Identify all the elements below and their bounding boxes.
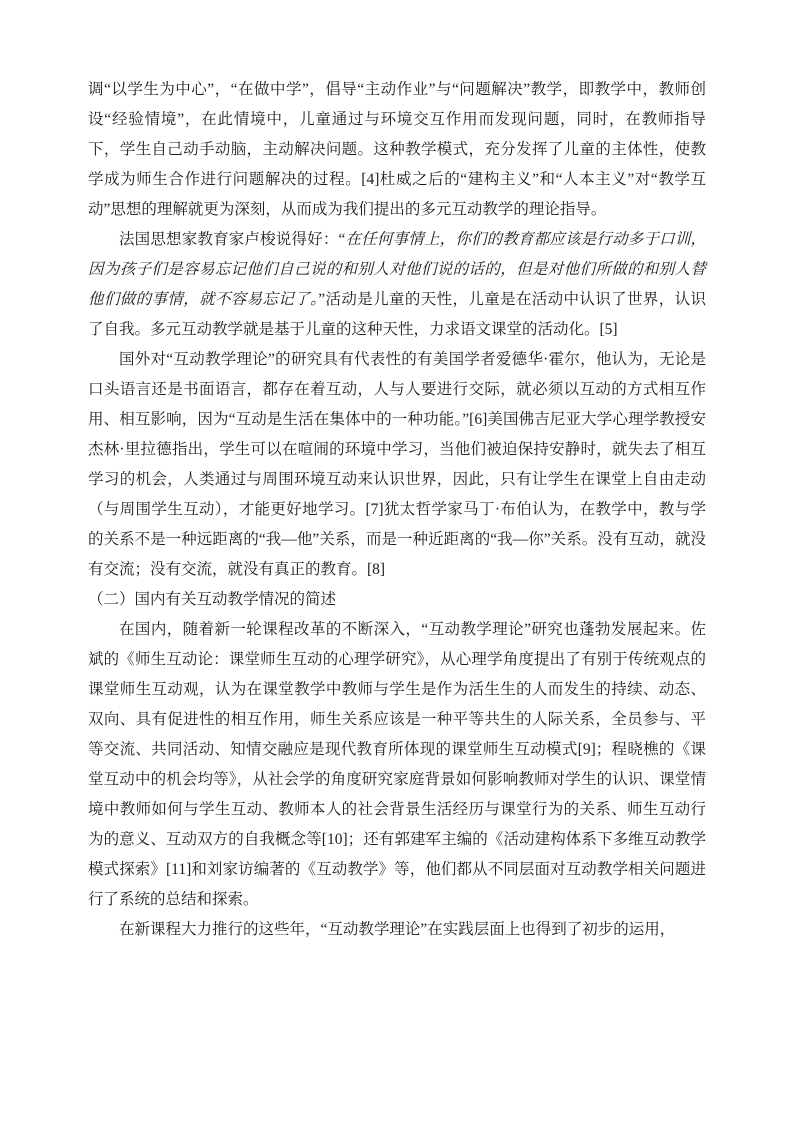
paragraph-domestic-research: 在国内，随着新一轮课程改革的不断深入，“互动教学理论”研究也蓬勃发展起来。佐斌的… (88, 615, 706, 915)
document-page: 调“以学生为中心”，“在做中学”，倡导“主动作业”与“问题解决”教学，即教学中，… (0, 0, 793, 1122)
section-heading-domestic-overview: （二）国内有关互动教学情况的简述 (88, 585, 706, 615)
paragraph-foreign-research: 国外对“互动教学理论”的研究具有代表性的有美国学者爱德华·霍尔，他认为，无论是口… (88, 345, 706, 585)
rousseau-intro-text: 法国思想家教育家卢梭说得好：“ (119, 231, 345, 248)
paragraph-practice-application: 在新课程大力推行的这些年，“互动教学理论”在实践层面上也得到了初步的运用， (88, 915, 706, 945)
paragraph-dewey-continuation: 调“以学生为中心”，“在做中学”，倡导“主动作业”与“问题解决”教学，即教学中，… (88, 75, 706, 225)
paragraph-rousseau-quote: 法国思想家教育家卢梭说得好：“在任何事情上，你们的教育都应该是行动多于口训，因为… (88, 225, 706, 345)
